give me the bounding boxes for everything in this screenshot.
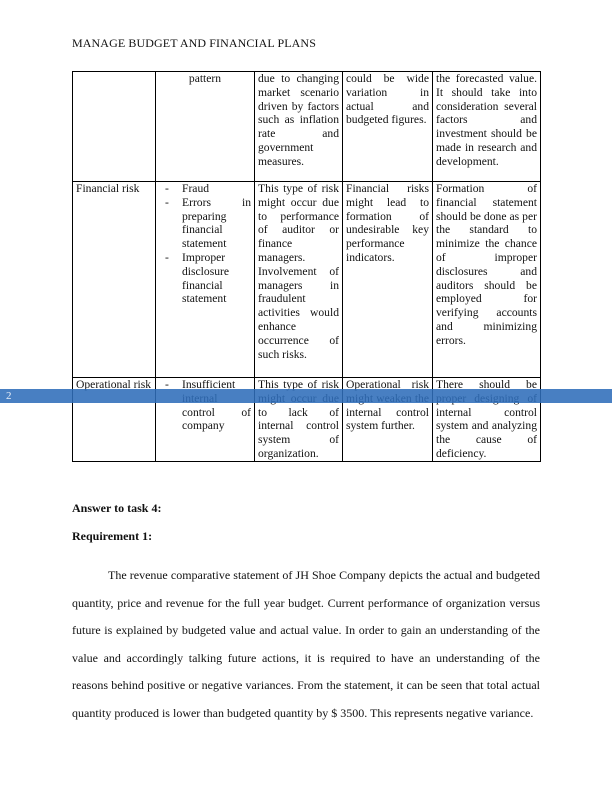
- risk-cell: [73, 72, 156, 182]
- requirement-heading: Requirement 1:: [72, 529, 152, 544]
- body-paragraph: The revenue comparative statement of JH …: [72, 562, 540, 727]
- causes-cell: Fraud Errors in preparing financial stat…: [156, 182, 255, 378]
- mitigation-cell: Formation of financial statement should …: [433, 182, 541, 378]
- cause-item: Errors in preparing financial statement: [159, 196, 251, 251]
- cause-item: Insufficient internal control of company: [159, 378, 251, 433]
- document-header: MANAGE BUDGET AND FINANCIAL PLANS: [72, 36, 316, 51]
- causes-list: Insufficient internal control of company: [159, 378, 251, 433]
- cause-item: Improper disclosure financial statement: [159, 251, 251, 306]
- impact-cell: Financial risks might lead to formation …: [343, 182, 433, 378]
- causes-list: Fraud Errors in preparing financial stat…: [159, 182, 251, 306]
- page-number: 2: [6, 389, 12, 403]
- table-row: pattern due to changing market scenario …: [73, 72, 541, 182]
- impact-cell: could be wide variation in actual and bu…: [343, 72, 433, 182]
- description-cell: due to changing market scenario driven b…: [255, 72, 343, 182]
- page-break-indicator: 2: [0, 389, 612, 403]
- risk-cell: Financial risk: [73, 182, 156, 378]
- risk-table: pattern due to changing market scenario …: [72, 71, 541, 462]
- description-cell: This type of risk might occur due to per…: [255, 182, 343, 378]
- mitigation-cell: the forecasted value. It should take int…: [433, 72, 541, 182]
- answer-heading: Answer to task 4:: [72, 501, 161, 516]
- cause-item: Fraud: [159, 182, 251, 196]
- causes-cell: pattern: [156, 72, 255, 182]
- table-row: Financial risk Fraud Errors in preparing…: [73, 182, 541, 378]
